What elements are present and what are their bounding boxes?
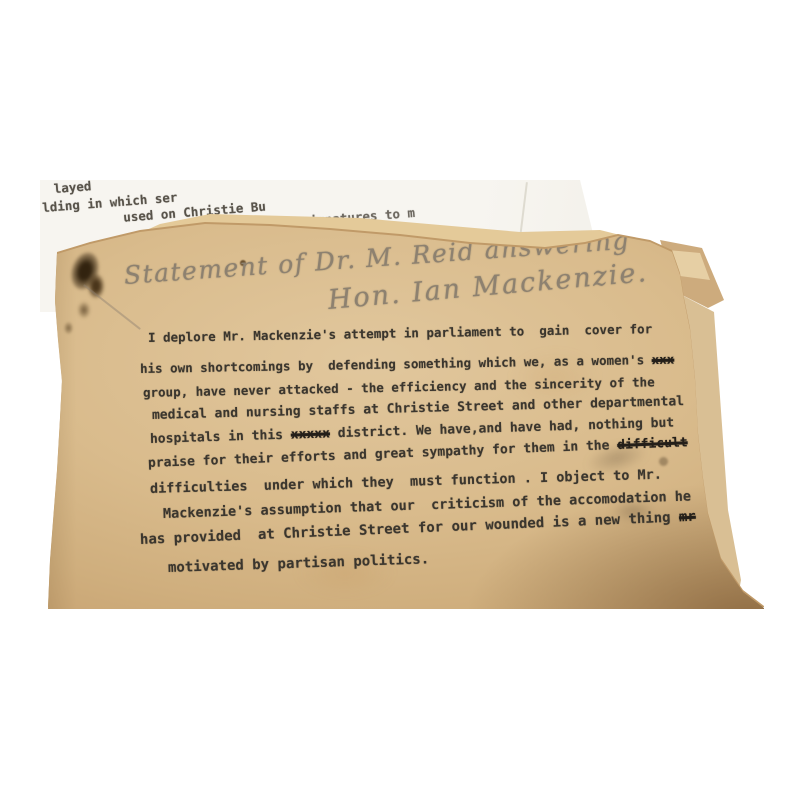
ink-stain xyxy=(64,322,73,334)
struck-out-text: mr xyxy=(679,509,697,526)
struck-out-text: xxx xyxy=(652,352,675,367)
pencil-mark xyxy=(83,284,141,330)
statement-text: I deplore Mr. Mackenzie's attempt in par… xyxy=(148,321,652,345)
paper-speck xyxy=(659,457,668,466)
struck-out-text: difficult xyxy=(617,435,688,453)
struck-out-text: xxxxx xyxy=(291,426,331,442)
ink-stain xyxy=(78,302,90,318)
statement-line: I deplore Mr. Mackenzie's attempt in par… xyxy=(148,321,652,345)
document-photo: layed lding in which ser used on Christi… xyxy=(40,180,768,609)
statement-text: hospitals in this xyxy=(150,428,291,447)
typed-fragment: layed xyxy=(53,180,92,196)
